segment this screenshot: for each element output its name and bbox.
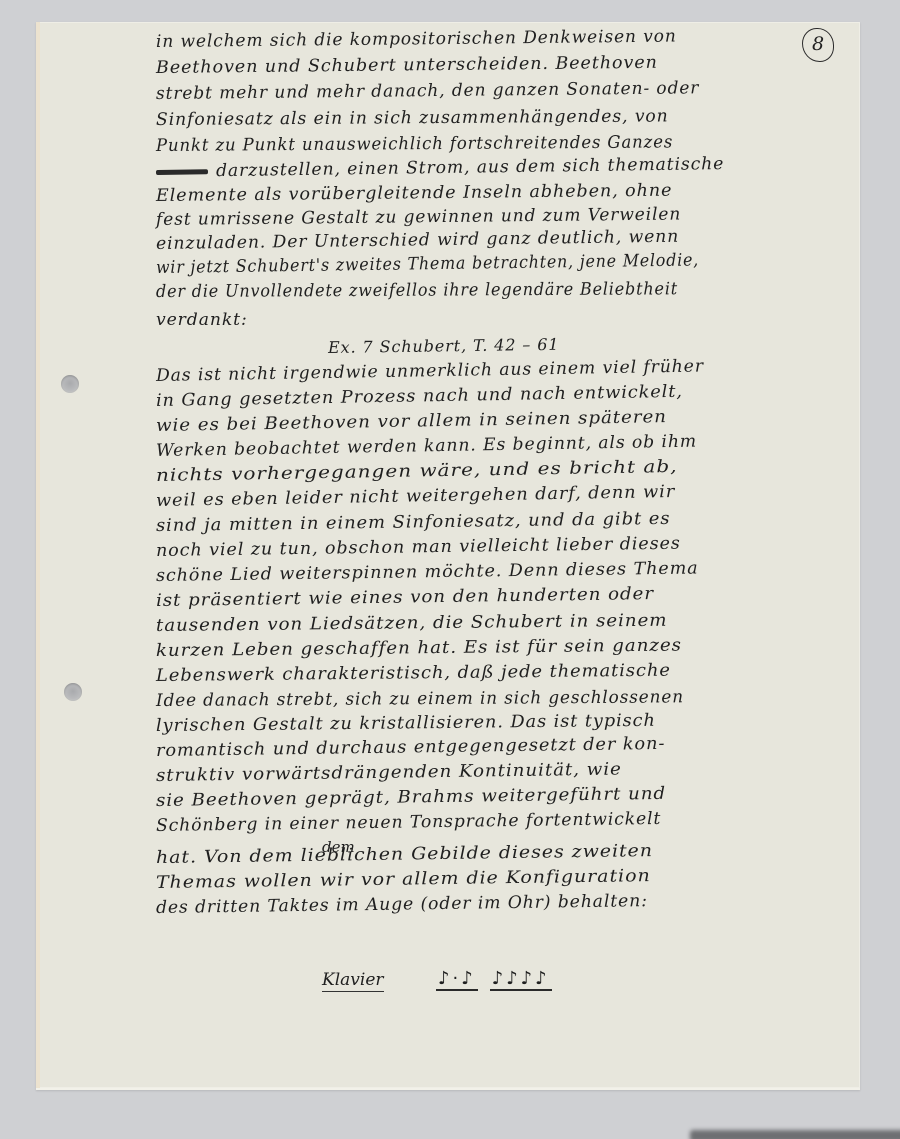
note-group-2: ♪♪♪♪ — [490, 968, 552, 991]
text-line: wie es bei Beethoven vor allem in seinen… — [156, 407, 667, 436]
text-line: Werken beobachtet werden kann. Es beginn… — [156, 432, 697, 461]
punch-hole-lower — [64, 683, 82, 701]
scanner-bed-shadow — [690, 1130, 900, 1139]
text-line: Punkt zu Punkt unausweichlich fortschrei… — [156, 132, 673, 156]
text-line: einzuladen. Der Unterschied wird ganz de… — [156, 227, 679, 254]
text-line: fest umrissene Gestalt zu gewinnen und z… — [156, 205, 681, 230]
text-line: strebt mehr und mehr danach, den ganzen … — [156, 78, 700, 104]
text-line: schöne Lied weiterspinnen möchte. Denn d… — [156, 558, 699, 586]
text-line: ist präsentiert wie eines von den hunder… — [156, 584, 654, 611]
text-line: verdankt: — [156, 310, 248, 330]
text-line: Sinfoniesatz als ein in sich zusammenhän… — [156, 106, 669, 130]
manuscript-page: 8 in welchem sich die kompositorischen D… — [36, 22, 860, 1090]
text-line: sie Beethoven geprägt, Brahms weitergefü… — [156, 784, 666, 811]
text-line: Schönberg in einer neuen Tonsprache fort… — [156, 809, 662, 836]
text-line: in Gang gesetzten Prozess nach und nach … — [156, 382, 683, 411]
text-line: tausenden von Liedsätzen, die Schubert i… — [156, 611, 668, 636]
text-line: darzustellen, einen Strom, aus dem sich … — [156, 154, 724, 182]
page-edge — [36, 22, 40, 1088]
text-line: struktiv vorwärtsdrängenden Kontinuität,… — [156, 759, 622, 786]
page-number: 8 — [802, 28, 834, 62]
text-line: Lebenswerk charakteristisch, daß jede th… — [156, 661, 671, 686]
struck-out-word — [156, 169, 208, 175]
text-line: wir jetzt Schubert's zweites Thema betra… — [156, 250, 699, 278]
text-line: sind ja mitten in einem Sinfoniesatz, un… — [156, 509, 671, 536]
example-caption: Ex. 7 Schubert, T. 42 – 61 — [328, 335, 560, 357]
rhythm-notation: ♪·♪♪♪♪♪ — [436, 968, 564, 989]
text-line: lyrischen Gestalt zu kristallisieren. Da… — [156, 711, 656, 736]
punch-hole-upper — [61, 375, 79, 393]
text-line: Elemente als vorübergleitende Inseln abh… — [156, 181, 673, 206]
text-line: Beethoven und Schubert unterscheiden. Be… — [156, 53, 658, 78]
text-line: hat. Von dem lieblichen Gebilde dieses z… — [156, 841, 653, 868]
text-line: nichts vorhergegangen wäre, und es brich… — [156, 457, 678, 486]
text-line: in welchem sich die kompositorischen Den… — [156, 27, 677, 52]
text-line-content: darzustellen, einen Strom, aus dem sich … — [216, 154, 724, 181]
text-line: noch viel zu tun, obschon man vielleicht… — [156, 534, 681, 561]
text-line: des dritten Taktes im Auge (oder im Ohr)… — [156, 891, 648, 918]
text-line: kurzen Leben geschaffen hat. Es ist für … — [156, 635, 682, 661]
text-line: weil es eben leider nicht weitergehen da… — [156, 482, 675, 511]
text-line: romantisch und durchaus entgegengesetzt … — [156, 734, 666, 761]
note-group-1: ♪·♪ — [436, 968, 478, 991]
text-line: Themas wollen wir vor allem die Konfigur… — [156, 866, 651, 893]
music-example-label: Klavier — [322, 970, 384, 992]
text-line: der die Unvollendete zweifellos ihre leg… — [156, 279, 678, 302]
text-line: Das ist nicht irgendwie unmerklich aus e… — [156, 356, 704, 386]
text-line: Idee danach strebt, sich zu einem in sic… — [156, 687, 684, 711]
